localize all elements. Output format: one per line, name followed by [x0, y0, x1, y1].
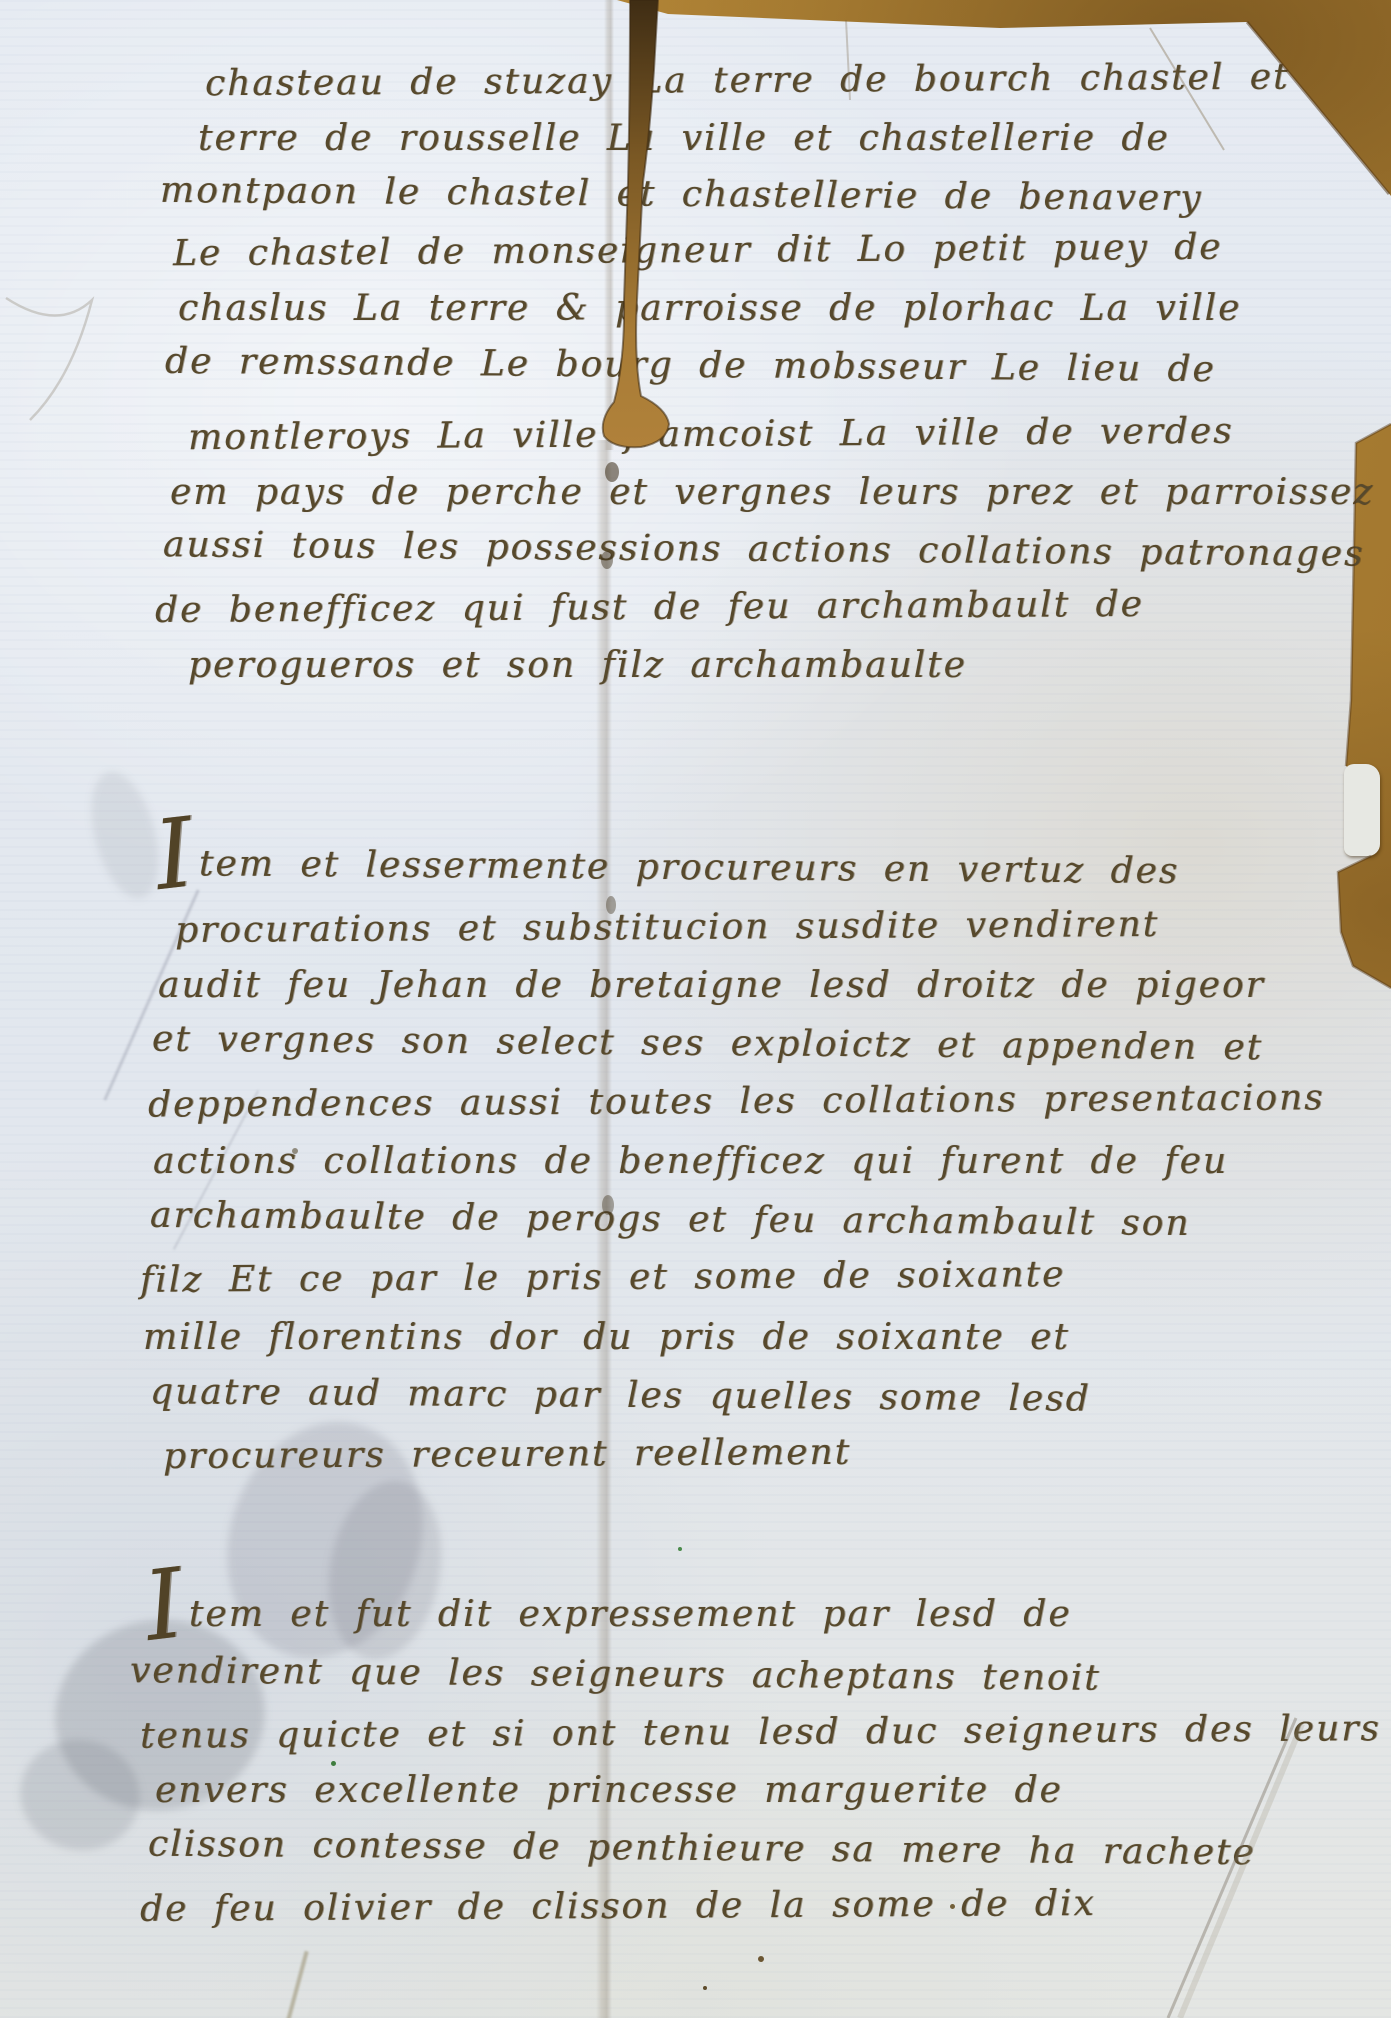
line-text: tem et lessermente procureurs en vertuz …	[199, 843, 1180, 892]
line-text: de remssande Le bourg de mobsseur Le lie…	[165, 341, 1216, 390]
line-text: tem et fut dit expressement par lesd de	[189, 1594, 1072, 1635]
manuscript-line: terre de rousselle La ville et chastelle…	[198, 116, 1170, 162]
ink-speck	[950, 1904, 955, 1909]
line-text: tenus quicte et si ont tenu lesd duc sei…	[140, 1708, 1381, 1757]
line-text: terre de rousselle La ville et chastelle…	[198, 118, 1170, 159]
handwritten-text: chasteau de stuzay La terre de bourch ch…	[0, 0, 1391, 2018]
line-text: actions collations de benefficez qui fur…	[153, 1141, 1228, 1182]
line-text: em pays de perche et vergnes leurs prez …	[170, 472, 1374, 513]
ink-speck	[758, 1956, 764, 1962]
line-text: vendirent que les seigneurs acheptans te…	[130, 1650, 1101, 1699]
green-speck	[331, 1761, 336, 1766]
manuscript-line: montleroys La ville framcoist La ville d…	[188, 409, 1234, 461]
manuscript-line: em pays de perche et vergnes leurs prez …	[170, 470, 1374, 516]
manuscript-line: archambaulte de perogs et feu archambaul…	[150, 1193, 1191, 1247]
ink-speck	[292, 1148, 298, 1154]
line-text: procureurs receurent reellement	[163, 1432, 851, 1477]
manuscript-line: envers excellente princesse marguerite d…	[155, 1768, 1063, 1814]
manuscript-line: tenus quicte et si ont tenu lesd duc sei…	[140, 1706, 1381, 1760]
manuscript-line: procureurs receurent reellement	[163, 1430, 851, 1480]
line-text: deppendences aussi toutes les collations…	[148, 1077, 1325, 1125]
manuscript-line: quatre aud marc par les quelles some les…	[150, 1369, 1091, 1422]
manuscript-line: clisson contesse de penthieure sa mere h…	[148, 1822, 1256, 1877]
line-text: audit feu Jehan de bretaigne lesd droitz…	[158, 965, 1265, 1006]
line-text: de benefficez qui fust de feu archambaul…	[155, 584, 1144, 631]
manuscript-line: Item et lessermente procureurs en vertuz…	[155, 841, 1180, 895]
line-text: procurations et substitucion susdite ven…	[175, 904, 1159, 951]
line-text: aussi tous les possessions actions colla…	[163, 524, 1365, 574]
manuscript-line: montpaon le chastel et chastellerie de b…	[160, 168, 1203, 222]
manuscript-line: perogueros et son filz archambaulte	[188, 643, 967, 689]
line-text: montpaon le chastel et chastellerie de b…	[160, 170, 1203, 219]
illuminated-initial: I	[155, 852, 195, 857]
line-text: mille florentins dor du pris de soixante…	[143, 1317, 1070, 1358]
manuscript-line: de remssande Le bourg de mobsseur Le lie…	[165, 339, 1216, 393]
manuscript-line: Item et fut dit expressement par lesd de	[145, 1592, 1072, 1638]
line-text: envers excellente princesse marguerite d…	[155, 1770, 1063, 1811]
manuscript-line: actions collations de benefficez qui fur…	[153, 1139, 1228, 1185]
manuscript-line: aussi tous les possessions actions colla…	[163, 522, 1365, 577]
manuscript-line: Le chastel de monseigneur dit Lo petit p…	[173, 225, 1223, 277]
manuscript-photo: chasteau de stuzay La terre de bourch ch…	[0, 0, 1391, 2018]
manuscript-line: chaslus La terre & parroisse de plorhac …	[178, 286, 1241, 332]
line-text: montleroys La ville framcoist La ville d…	[188, 411, 1234, 458]
illuminated-initial: I	[145, 1603, 185, 1608]
manuscript-line: deppendences aussi toutes les collations…	[148, 1075, 1325, 1128]
manuscript-line: filz Et ce par le pris et some de soixan…	[140, 1252, 1066, 1304]
line-text: et vergnes son select ses exploictz et a…	[152, 1019, 1263, 1069]
line-text: quatre aud marc par les quelles some les…	[150, 1371, 1091, 1419]
manuscript-line: audit feu Jehan de bretaigne lesd droitz…	[158, 963, 1265, 1009]
line-text: Le chastel de monseigneur dit Lo petit p…	[173, 227, 1223, 274]
manuscript-line: de benefficez qui fust de feu archambaul…	[155, 582, 1144, 634]
manuscript-line: et vergnes son select ses exploictz et a…	[152, 1017, 1263, 1072]
ink-speck	[703, 1986, 707, 1990]
manuscript-line: vendirent que les seigneurs acheptans te…	[130, 1648, 1101, 1702]
line-text: chaslus La terre & parroisse de plorhac …	[178, 288, 1241, 329]
line-text: chasteau de stuzay La terre de bourch ch…	[205, 57, 1290, 105]
manuscript-line: chasteau de stuzay La terre de bourch ch…	[205, 55, 1290, 108]
line-text: archambaulte de perogs et feu archambaul…	[150, 1195, 1191, 1244]
line-text: perogueros et son filz archambaulte	[188, 645, 967, 686]
manuscript-line: procurations et substitucion susdite ven…	[175, 902, 1159, 954]
line-text: clisson contesse de penthieure sa mere h…	[148, 1824, 1256, 1874]
green-speck	[678, 1547, 682, 1551]
manuscript-line: mille florentins dor du pris de soixante…	[143, 1315, 1070, 1361]
line-text: filz Et ce par le pris et some de soixan…	[140, 1254, 1066, 1301]
